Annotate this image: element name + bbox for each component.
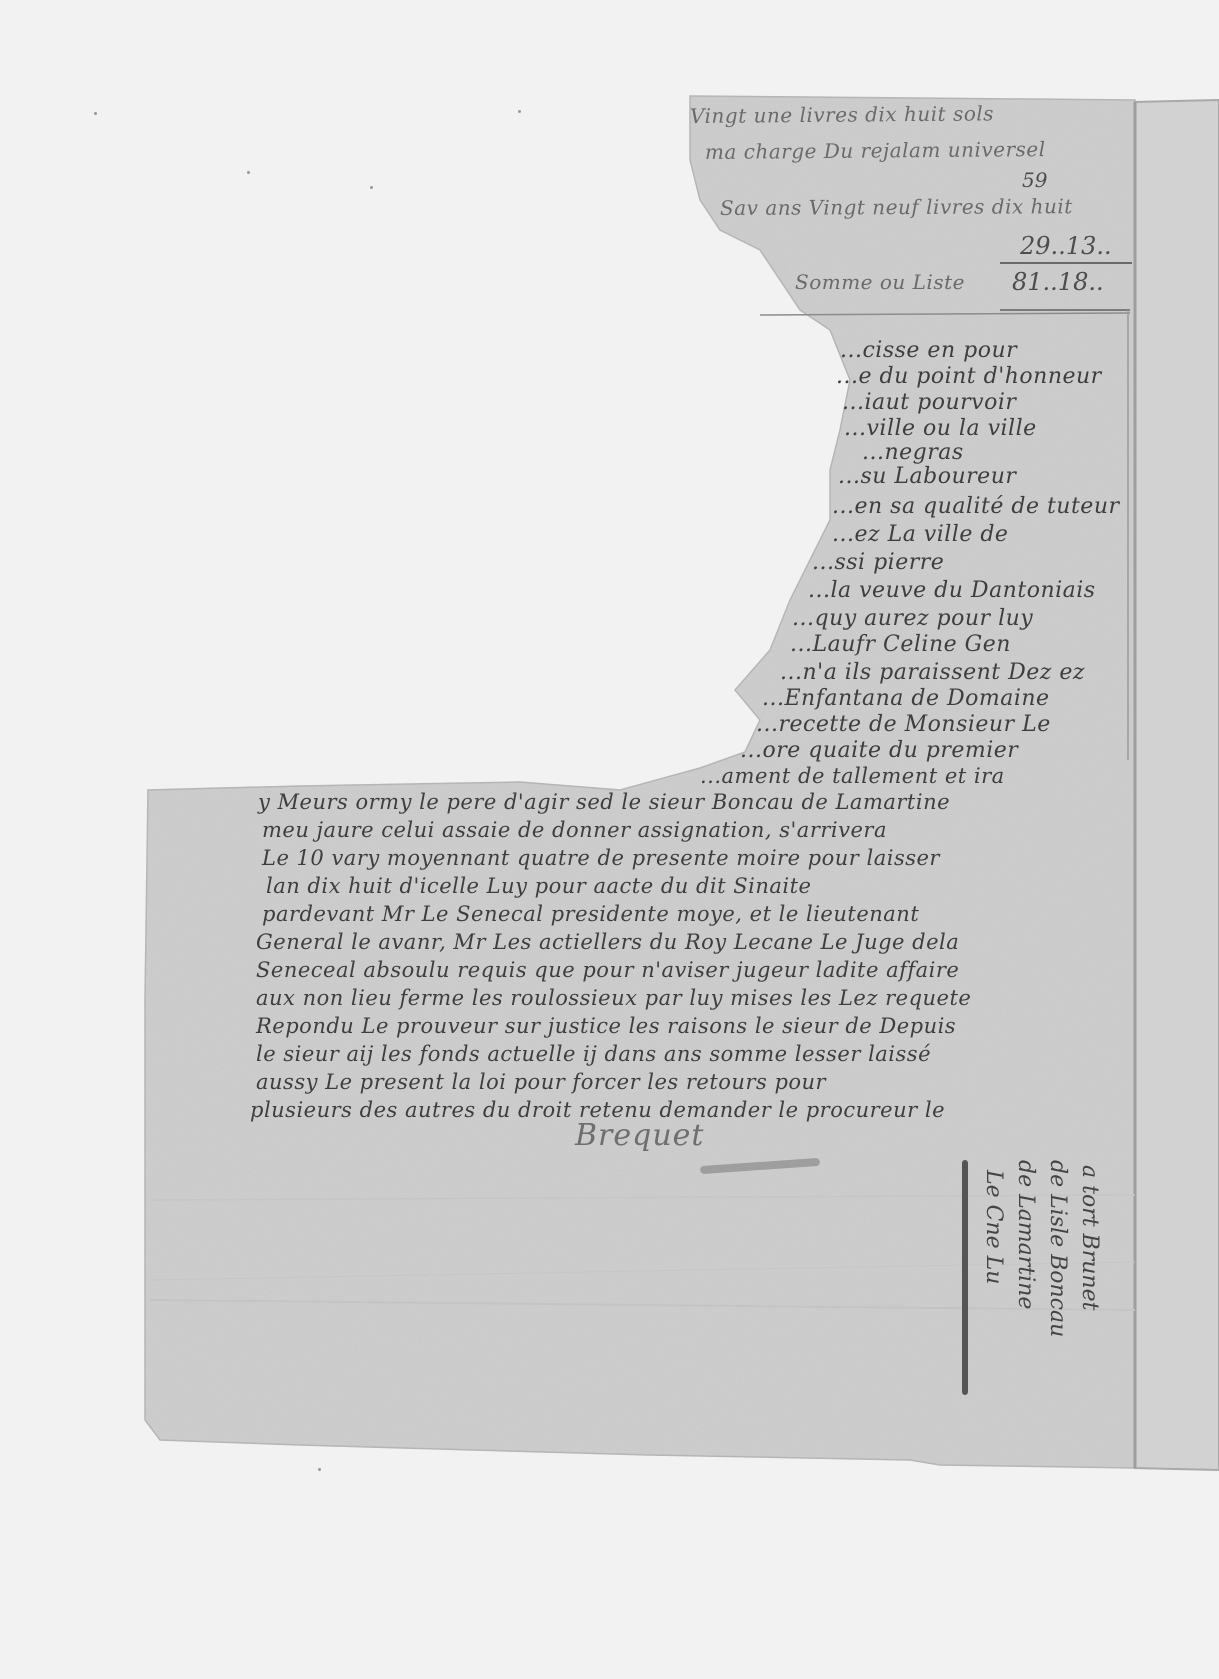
text-line: General le avanr, Mr Les actiellers du R… (256, 930, 959, 954)
text-line: ...ville ou la ville (844, 416, 1037, 441)
account-line: Sav ans Vingt neuf livres dix huit (720, 194, 1073, 220)
text-line: ...ore quaite du premier (740, 738, 1018, 763)
amount-value: 59 (1022, 168, 1047, 192)
scanned-page: Vingt une livres dix huit sols ma charge… (0, 0, 1219, 1679)
text-line: ...recette de Monsieur Le (756, 712, 1051, 737)
speck (518, 110, 521, 113)
text-line: ...negras (862, 440, 964, 465)
text-line: ...quy aurez pour luy (792, 606, 1033, 631)
text-line: Le 10 vary moyennant quatre de presente … (262, 846, 940, 870)
text-line: aussy Le present la loi pour forcer les … (256, 1070, 826, 1094)
account-line: Vingt une livres dix huit sols (690, 101, 994, 128)
text-line: ...ament de tallement et ira (700, 764, 1005, 788)
speck (94, 112, 97, 115)
text-line: ...iaut pourvoir (842, 390, 1016, 415)
signature: Brequet (575, 1118, 704, 1153)
text-line: le sieur aij les fonds actuelle ij dans … (256, 1042, 931, 1066)
speck (370, 186, 373, 189)
text-line: ...n'a ils paraissent Dez ez (780, 660, 1085, 685)
margin-note-line: de Lamartine (1013, 1160, 1038, 1309)
text-line: ...ssi pierre (812, 550, 944, 575)
text-line: ...en sa qualité de tuteur (832, 494, 1120, 519)
text-line: aux non lieu ferme les roulossieux par l… (256, 986, 971, 1010)
text-line: Repondu Le prouveur sur justice les rais… (256, 1014, 956, 1038)
margin-note-line: a tort Brunet (1077, 1165, 1102, 1310)
text-line: meu jaure celui assaie de donner assigna… (262, 818, 887, 842)
text-line: lan dix huit d'icelle Luy pour aacte du … (266, 874, 811, 898)
account-line: Somme ou Liste (795, 270, 965, 294)
text-line: ...e du point d'honneur (836, 364, 1102, 389)
margin-note-line: de Lisle Boncau (1045, 1160, 1070, 1337)
text-line: ...su Laboureur (838, 464, 1016, 489)
speck (247, 171, 250, 174)
text-line: ...Laufr Celine Gen (790, 632, 1011, 657)
amount-value: 81..18.. (1012, 268, 1104, 296)
margin-note-line: Le Cne Lu (981, 1170, 1006, 1284)
amount-value: 29..13.. (1020, 232, 1112, 260)
sum-rule (1000, 262, 1132, 264)
text-line: pardevant Mr Le Senecal presidente moye,… (262, 902, 919, 926)
text-line: y Meurs ormy le pere d'agir sed le sieur… (258, 790, 950, 814)
margin-bracket (962, 1160, 968, 1395)
text-line: ...la veuve du Dantoniais (808, 578, 1096, 603)
text-line: ...ez La ville de (832, 522, 1008, 547)
speck (318, 1468, 321, 1471)
text-line: ...cisse en pour (840, 338, 1017, 363)
text-line: ...Enfantana de Domaine (762, 686, 1050, 711)
account-line: ma charge Du rejalam universel (705, 137, 1046, 164)
text-line: Seneceal absoulu requis que pour n'avise… (256, 958, 959, 982)
